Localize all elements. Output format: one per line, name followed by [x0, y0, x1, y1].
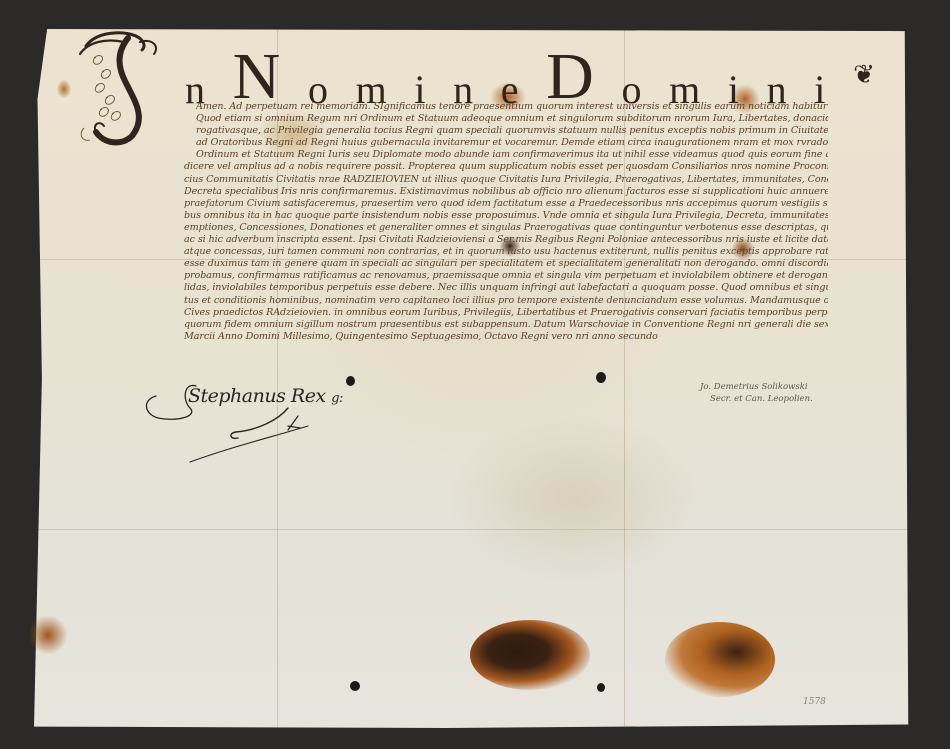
chancery-note-line: Jo. Demetrius Solikowski — [700, 381, 813, 393]
decorated-initial-letter — [66, 28, 166, 148]
rust-stain-left — [470, 620, 590, 690]
hole — [596, 372, 606, 383]
text-line: cius Communitatis Civitatis nrae RADZIEI… — [184, 174, 828, 186]
hole — [350, 681, 360, 691]
charter-body: Amen. Ad perpetuam rei memoriam. SIgnifi… — [196, 101, 828, 343]
chancery-annotation: Jo. Demetrius Solikowski Secr. et Can. L… — [700, 381, 813, 405]
invocation-heading: n N o m i n e D o m i n i ❦ — [185, 40, 875, 110]
archive-number: 1578 — [803, 697, 826, 707]
text-line: dicere vel amplius ad a nobis requirere … — [184, 161, 828, 173]
text-line: lidas, inviolabiles temporibus perpetuis… — [184, 282, 828, 294]
text-line: rogativasque, ac Privilegia generalia to… — [196, 125, 828, 137]
fold-line — [34, 529, 910, 530]
text-line: ad Oratoribus Regni ad Regni huius guber… — [196, 137, 828, 149]
stain — [28, 615, 68, 655]
flourish-ornament-icon: ❦ — [853, 62, 875, 88]
rust-stain-right — [665, 622, 775, 697]
text-line: Quod etiam si omnium Regum nri Ordinum e… — [196, 113, 828, 125]
hole — [597, 683, 605, 692]
signature-text: Stephanus Rex — [188, 385, 326, 407]
text-line: Decreta specialibus Iris nris confirmare… — [184, 186, 828, 198]
text-line: probamus, confirmamus ratificamus ac ren… — [184, 270, 828, 282]
signature-suffix: g: — [331, 391, 343, 406]
text-line: Ordinum et Statuum Regni Iuris seu Diplo… — [196, 149, 828, 161]
royal-signature: Stephanus Rex g: — [188, 385, 343, 407]
text-line: tus et conditionis hominibus, nominatim … — [184, 295, 828, 307]
chancery-note-line: Secr. et Can. Leopolien. — [710, 393, 813, 405]
text-line: esse duximus tam in genere quam in speci… — [184, 258, 828, 270]
text-line: Amen. Ad perpetuam rei memoriam. SIgnifi… — [196, 101, 828, 113]
text-line: Marcii Anno Domini Millesimo, Quingentes… — [184, 331, 828, 343]
text-line: praefatorum Civium satisfaceremus, praes… — [184, 198, 828, 210]
text-line: atque concessas, iuri tamen communi non … — [184, 246, 828, 258]
text-line: quorum fidem omnium sigillum nostrum pra… — [184, 319, 828, 331]
text-line: emptiones, Concessiones, Donationes et g… — [184, 222, 828, 234]
text-line: ac si hic adverbum inscripta essent. Ips… — [184, 234, 828, 246]
hole — [346, 376, 355, 386]
text-line: Cives praedictos RAdzieiovien. in omnibu… — [184, 307, 828, 319]
text-line: bus omnibus ita in hac quoque parte insi… — [184, 210, 828, 222]
